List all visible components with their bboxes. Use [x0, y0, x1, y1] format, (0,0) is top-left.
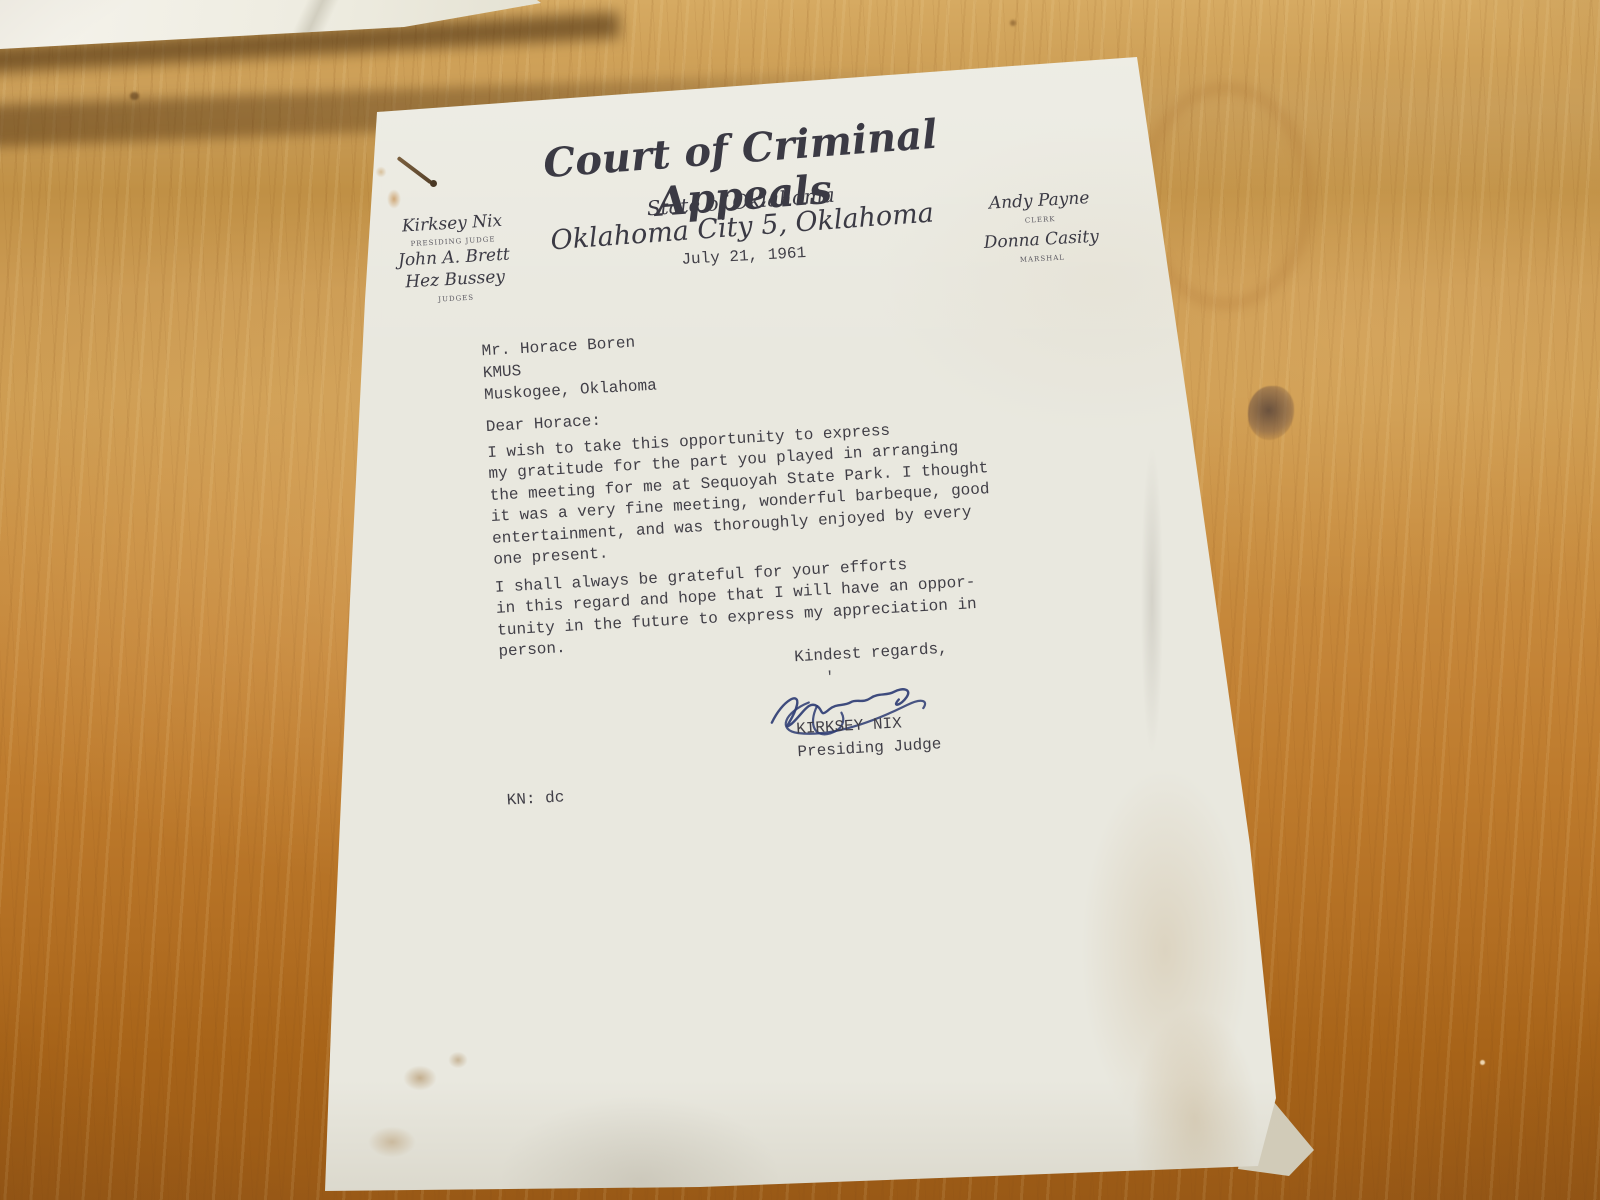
photo-scene: Court of Criminal Appeals State of Oklah…	[0, 0, 1600, 1200]
photo-vignette	[0, 0, 1600, 1200]
